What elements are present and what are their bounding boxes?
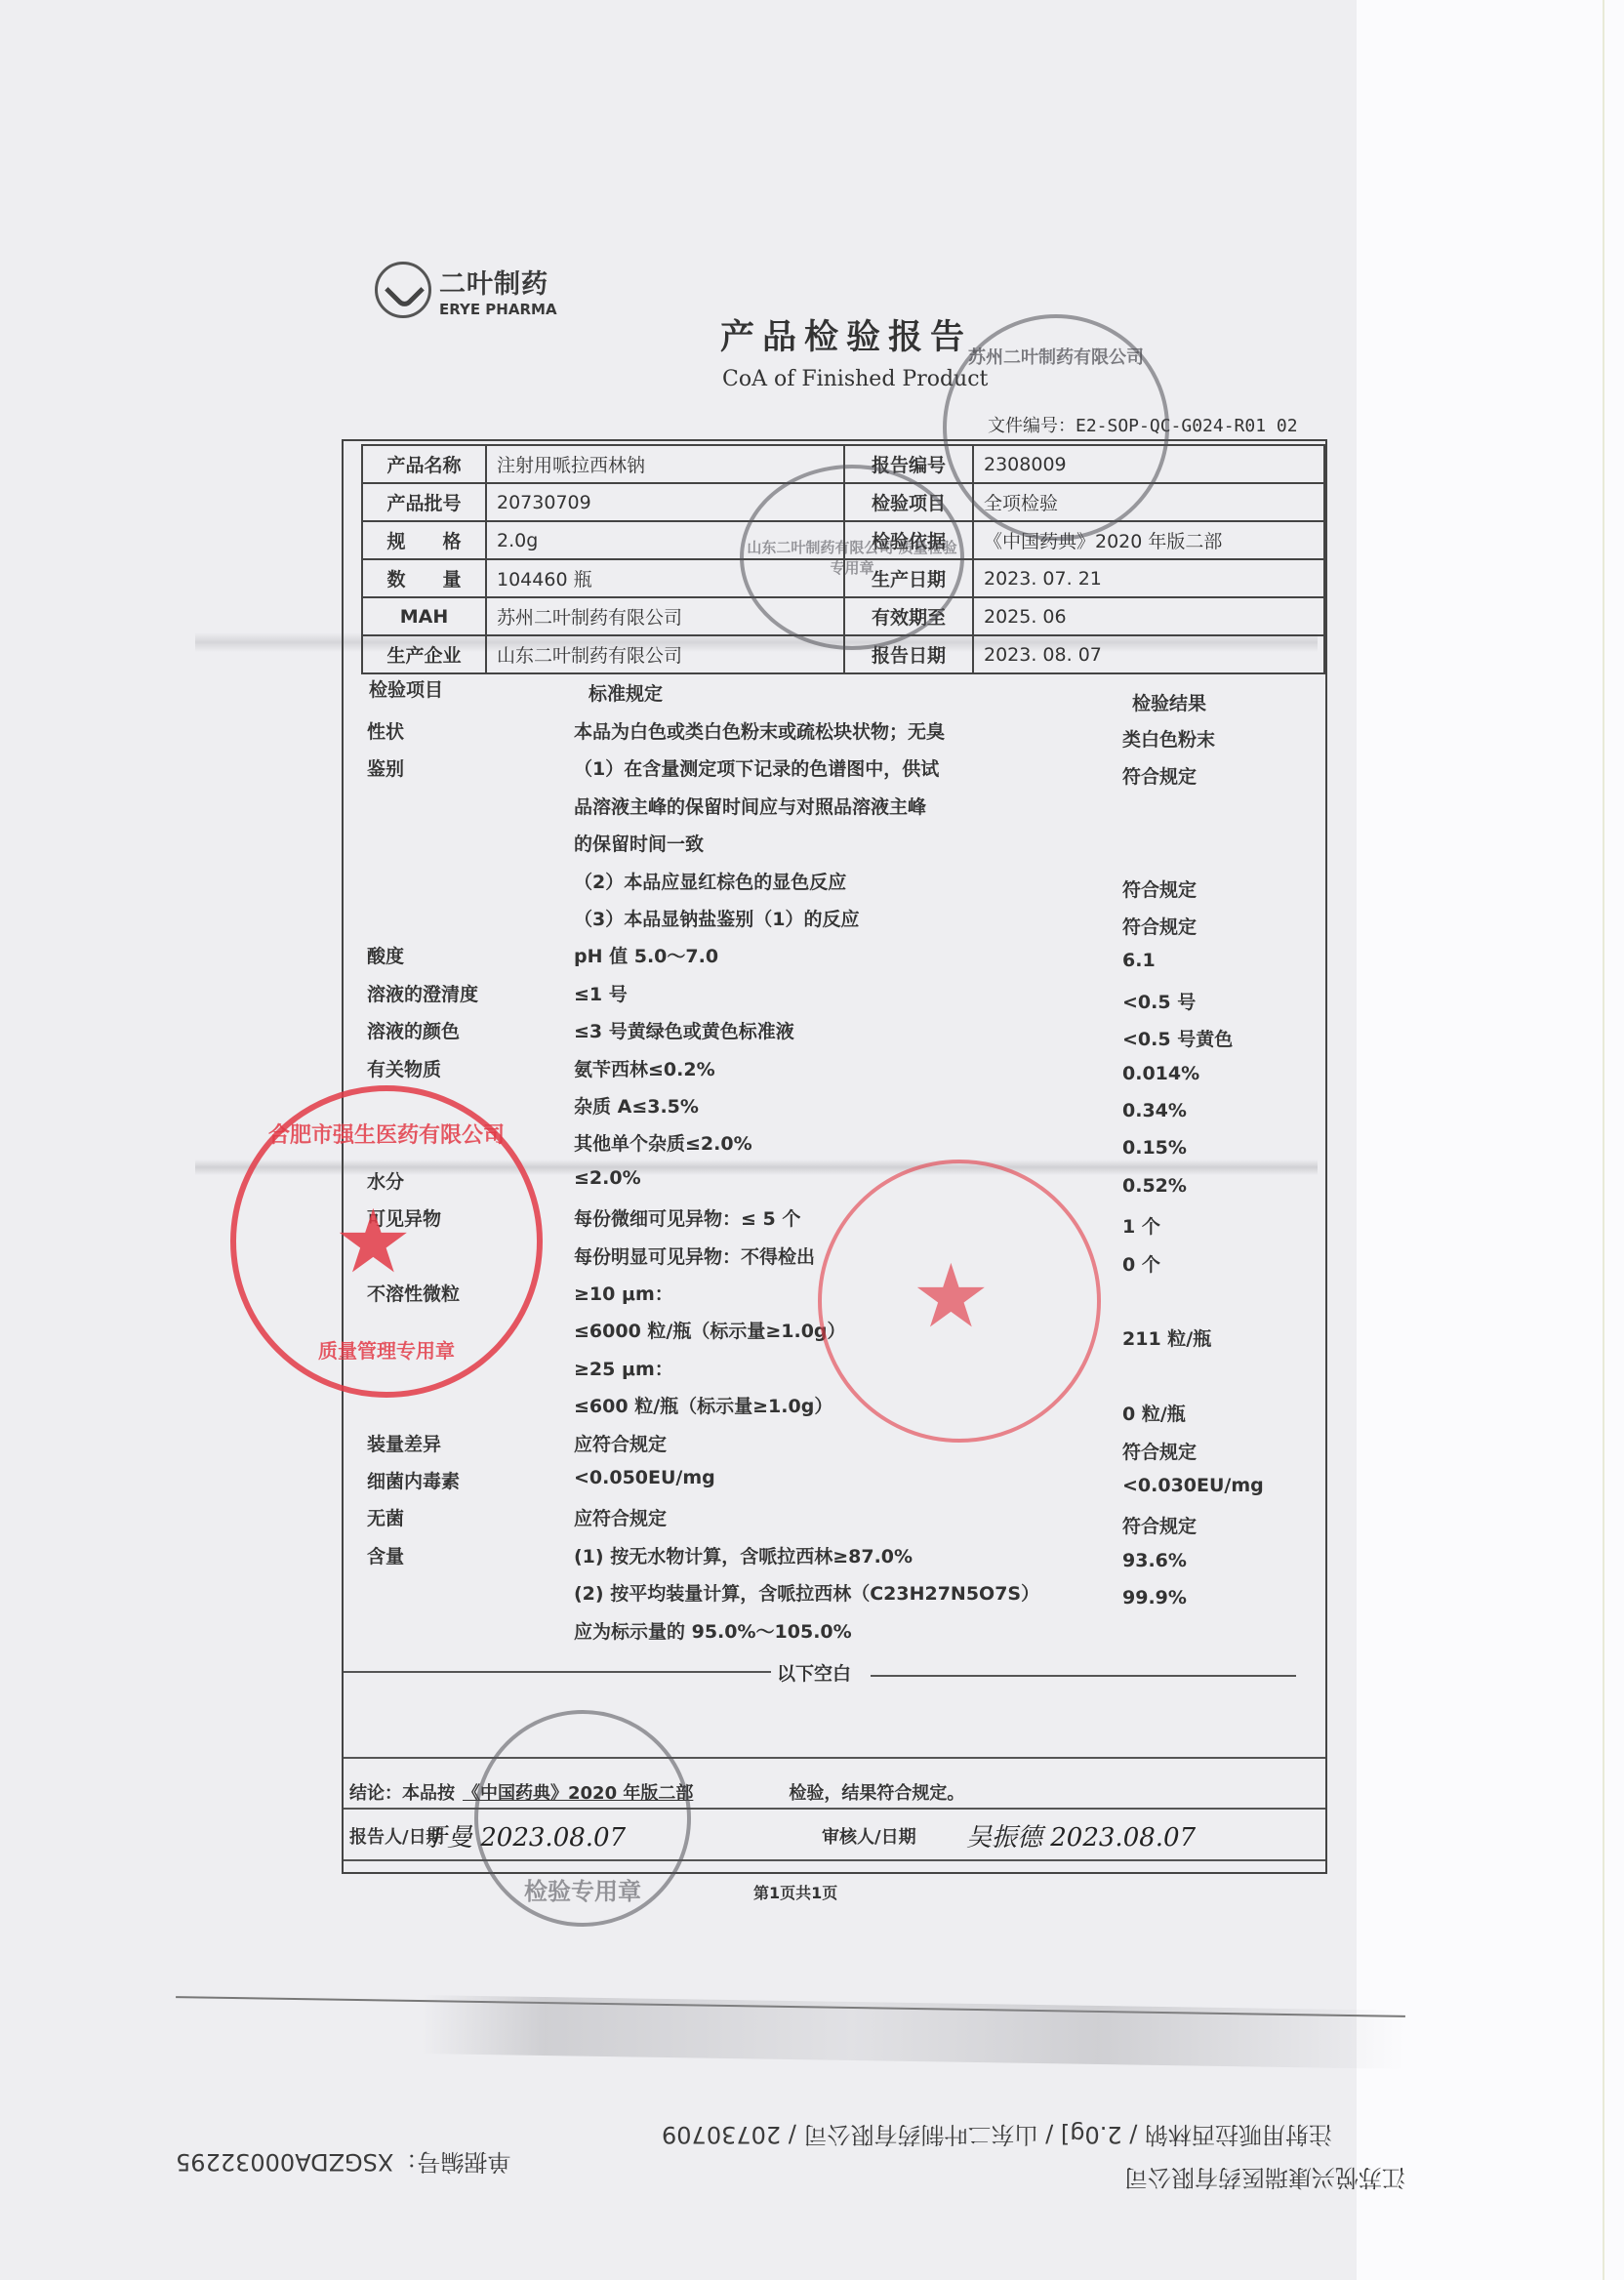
info-label: 产品名称 (362, 445, 486, 483)
test-standard: 应符合规定 (574, 1504, 667, 1530)
column-header-standard: 标准规定 (589, 679, 663, 706)
test-standard: (2) 按平均装量计算，含哌拉西林（C23H27N5O7S） (574, 1579, 1039, 1606)
test-result: 0.34% (1122, 1100, 1187, 1121)
test-standard: ≤1 号 (574, 980, 628, 1006)
divider (344, 1757, 1325, 1759)
info-value: 注射用哌拉西林钠 (486, 445, 844, 483)
product-info-table: 产品名称注射用哌拉西林钠报告编号2308009产品批号20730709检验项目全… (361, 444, 1325, 674)
info-row: 规 格2.0g检验依据《中国药典》2020 年版二部 (362, 521, 1324, 559)
test-result: 0.52% (1122, 1175, 1187, 1197)
info-label: 产品批号 (362, 483, 486, 521)
test-standard: <0.050EU/mg (574, 1467, 715, 1488)
test-standard: （3）本品显钠盐鉴别（1）的反应 (574, 905, 859, 931)
divider (344, 1808, 1325, 1810)
test-item: 可见异物 (367, 1204, 441, 1231)
info-value: 《中国药典》2020 年版二部 (973, 521, 1324, 559)
info-value: 2023. 08. 07 (973, 635, 1324, 673)
back-print-receipt: 单据编号：XSGZDA00032295 (176, 2147, 510, 2181)
logo-cn: 二叶制药 (439, 263, 557, 301)
test-result: 6.1 (1122, 950, 1156, 971)
test-standard: （1）在含量测定项下记录的色谱图中，供试 (574, 754, 939, 781)
report-title: 产品检验报告 (720, 310, 972, 359)
test-result: 211 粒/瓶 (1122, 1324, 1211, 1351)
reviewer-signature: 吴振德 2023.08.07 (966, 1817, 1196, 1853)
document-number: 文件编号：E2-SOP-QC-G024-R01 02 (988, 412, 1298, 437)
info-row: 产品名称注射用哌拉西林钠报告编号2308009 (362, 445, 1324, 483)
test-result: 0.014% (1122, 1063, 1199, 1084)
test-item: 含量 (367, 1542, 404, 1568)
test-standard: ≤2.0% (574, 1167, 641, 1189)
test-standard: ≥10 μm： (574, 1280, 673, 1306)
test-result: 99.9% (1122, 1587, 1187, 1608)
info-row: 产品批号20730709检验项目全项检验 (362, 483, 1324, 521)
test-result: 符合规定 (1122, 875, 1197, 902)
back-print-company: 江苏悦兴康瑞医药有限公司 (1124, 2163, 1405, 2197)
info-value: 2.0g (486, 521, 844, 559)
test-result: 0 粒/瓶 (1122, 1400, 1186, 1426)
test-item: 酸度 (367, 942, 404, 968)
test-result: 符合规定 (1122, 1438, 1197, 1464)
back-print-product: 注射用哌拉西林钠 / 2.0g] / 山东二叶制药有限公司 / 20730709 (662, 2120, 1332, 2154)
info-value: 山东二叶制药有限公司 (486, 635, 844, 673)
info-label: MAH (362, 597, 486, 635)
info-value: 全项检验 (973, 483, 1324, 521)
report-subtitle: CoA of Finished Product (722, 367, 988, 391)
test-standard: （2）本品应显红棕色的显色反应 (574, 868, 846, 894)
test-result: 类白色粉末 (1122, 725, 1215, 752)
test-result: <0.5 号 (1122, 988, 1196, 1014)
test-item: 鉴别 (367, 754, 404, 781)
test-result: 符合规定 (1122, 762, 1197, 789)
test-result: 0.15% (1122, 1137, 1187, 1159)
test-item: 溶液的颜色 (367, 1017, 460, 1043)
test-standard: (1) 按无水物计算，含哌拉西林≥87.0% (574, 1542, 913, 1568)
divider (344, 1671, 771, 1673)
info-label: 生产企业 (362, 635, 486, 673)
info-label: 检验依据 (844, 521, 973, 559)
conclusion-basis: 《中国药典》2020 年版二部 (455, 1783, 701, 1804)
test-result: <0.030EU/mg (1122, 1475, 1264, 1496)
paper-edge (1603, 0, 1604, 2280)
test-item: 无菌 (367, 1504, 404, 1530)
test-result: 1 个 (1122, 1212, 1160, 1239)
test-result: <0.5 号黄色 (1122, 1025, 1233, 1051)
test-standard: 每份明显可见异物：不得检出 (574, 1242, 815, 1269)
test-item: 溶液的澄清度 (367, 980, 478, 1006)
reviewer-label: 审核人/日期 (822, 1823, 916, 1849)
info-row: 生产企业山东二叶制药有限公司报告日期2023. 08. 07 (362, 635, 1324, 673)
info-value: 苏州二叶制药有限公司 (486, 597, 844, 635)
blank-below-marker: 以下空白 (777, 1659, 851, 1686)
info-label: 生产日期 (844, 559, 973, 597)
test-standard: ≤600 粒/瓶（标示量≥1.0g） (574, 1392, 832, 1418)
test-standard: pH 值 5.0～7.0 (574, 942, 718, 968)
test-standard: 氨苄西林≤0.2% (574, 1055, 715, 1081)
test-standard: 应符合规定 (574, 1430, 667, 1456)
divider (871, 1675, 1296, 1677)
info-label: 有效期至 (844, 597, 973, 635)
test-standard: 本品为白色或类白色粉末或疏松块状物；无臭 (574, 717, 945, 744)
test-result: 符合规定 (1122, 913, 1197, 939)
page-number: 第1页共1页 (753, 1881, 837, 1903)
test-item: 水分 (367, 1167, 404, 1194)
info-label: 规 格 (362, 521, 486, 559)
test-result: 93.6% (1122, 1550, 1187, 1571)
test-item: 不溶性微粒 (367, 1280, 460, 1306)
scan-edge-strip (1357, 0, 1624, 2280)
info-label: 数 量 (362, 559, 486, 597)
info-value: 104460 瓶 (486, 559, 844, 597)
leaf-logo-icon (375, 262, 431, 318)
info-value: 20730709 (486, 483, 844, 521)
reporter-signature: 于曼 2023.08.07 (422, 1817, 626, 1853)
test-standard: 品溶液主峰的保留时间应与对照品溶液主峰 (574, 793, 926, 819)
test-item: 细菌内毒素 (367, 1467, 460, 1493)
logo-en: ERYE PHARMA (439, 301, 557, 318)
info-row: 数 量104460 瓶生产日期2023. 07. 21 (362, 559, 1324, 597)
test-standard: ≤3 号黄绿色或黄色标准液 (574, 1017, 794, 1043)
test-item: 有关物质 (367, 1055, 441, 1081)
info-label: 报告日期 (844, 635, 973, 673)
info-label: 检验项目 (844, 483, 973, 521)
test-standard: 每份微细可见异物：≤ 5 个 (574, 1204, 800, 1231)
test-item: 装量差异 (367, 1430, 441, 1456)
test-item: 性状 (367, 717, 404, 744)
test-standard: 的保留时间一致 (574, 830, 704, 856)
divider (344, 1859, 1325, 1861)
info-value: 2025. 06 (973, 597, 1324, 635)
column-header-result: 检验结果 (1132, 689, 1206, 715)
test-result: 0 个 (1122, 1250, 1160, 1277)
info-row: MAH苏州二叶制药有限公司有效期至2025. 06 (362, 597, 1324, 635)
company-logo: 二叶制药 ERYE PHARMA (375, 262, 557, 318)
info-label: 报告编号 (844, 445, 973, 483)
test-standard: 应为标示量的 95.0%～105.0% (574, 1617, 852, 1644)
conclusion: 结论：本品按《中国药典》2020 年版二部检验，结果符合规定。 (349, 1779, 964, 1805)
info-value: 2308009 (973, 445, 1324, 483)
test-standard: 杂质 A≤3.5% (574, 1092, 699, 1119)
column-header-item: 检验项目 (369, 675, 443, 702)
test-standard: 其他单个杂质≤2.0% (574, 1129, 752, 1156)
test-standard: ≤6000 粒/瓶（标示量≥1.0g） (574, 1317, 846, 1343)
info-value: 2023. 07. 21 (973, 559, 1324, 597)
test-result: 符合规定 (1122, 1512, 1197, 1538)
test-standard: ≥25 μm： (574, 1355, 673, 1381)
